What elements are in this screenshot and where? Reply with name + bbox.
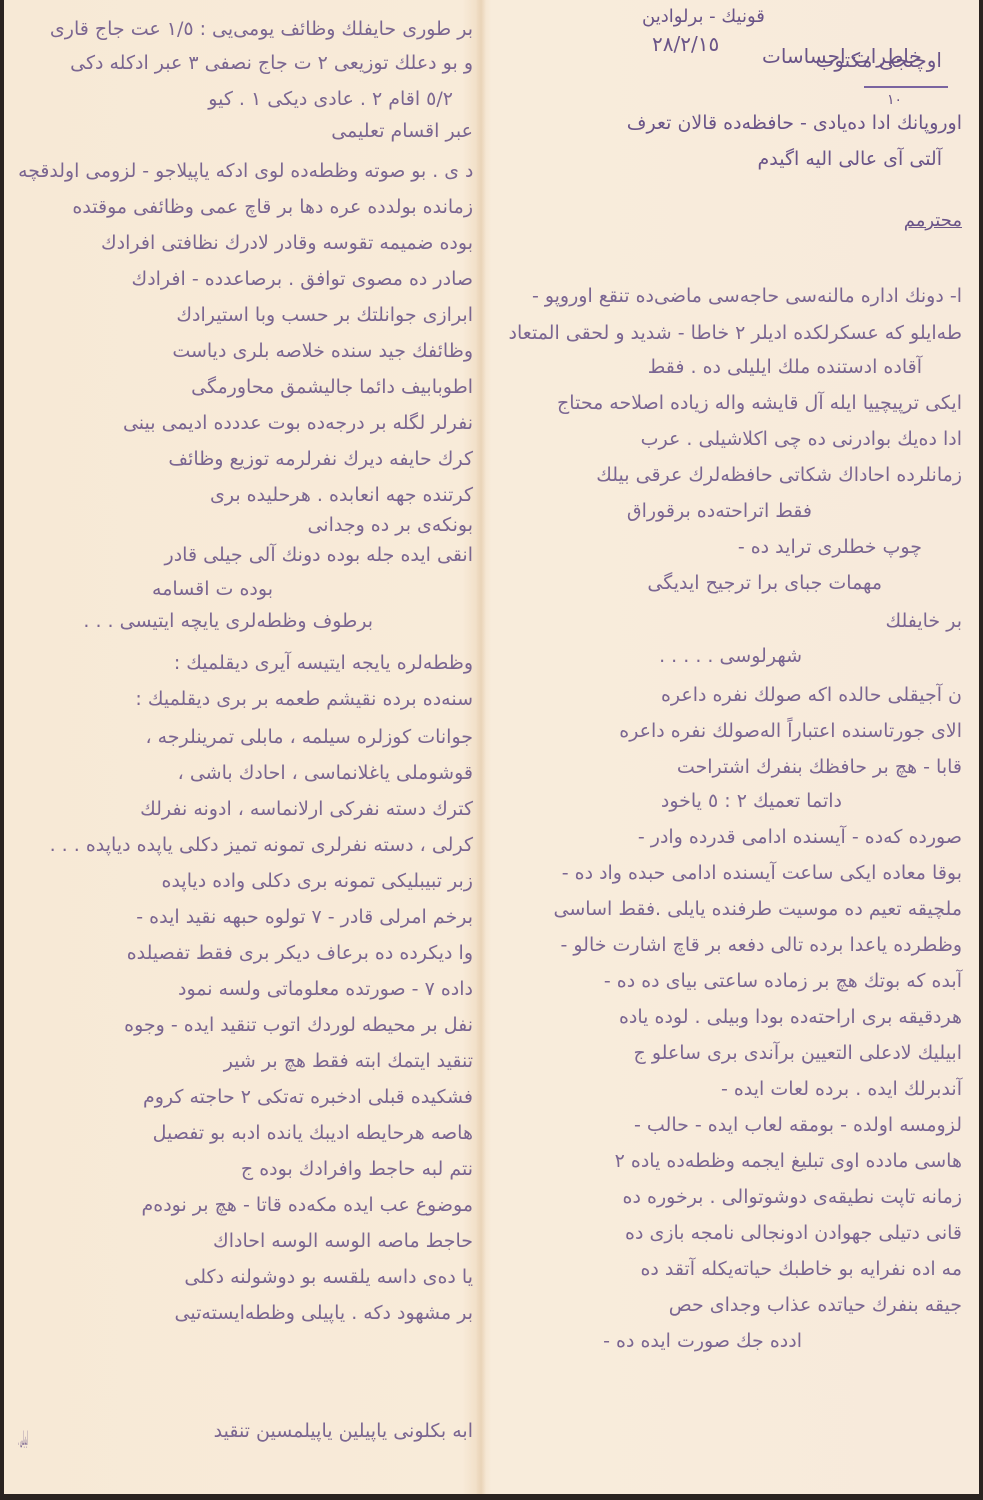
text-line: آبده كه بوتك هچ بر زماده ساعتی بیای ده د… — [604, 970, 962, 992]
text-line: هاصه هرحایطه ادیبك یانده ادبه بو تفصیل — [153, 1122, 473, 1144]
text-line: زمانه تاپت نطیقه‌ی دوشوتوالی . برخوره ده — [623, 1186, 962, 1208]
text-line: الای جورتاسنده اعتباراً اله‌صولك نفره دا… — [619, 720, 962, 742]
text-line: شهرلوسی . . . . . — [659, 645, 802, 667]
text-line: ن آجیقلی حالده اکه صولك نفره داعره — [661, 684, 962, 706]
text-line: طه‌ایلو که عسکرلکده ادیلر ۲ خاطا - شدید … — [509, 322, 962, 344]
text-line: نتم لبه حاجط وافرادك بوده ج — [241, 1158, 473, 1180]
text-line: صادر ده مصوی توافق . برصاعدده - افرادك — [132, 268, 473, 290]
right-column: قونيك - برلوادين ٢٨/٢/١٥ خاطرات احساسات … — [492, 0, 962, 1494]
text-line: داده ٧ - صورتده معلوماتی ولسه نمود — [178, 978, 473, 1000]
text-line: ادده جك صورت ایده ده - — [603, 1330, 802, 1352]
text-line: جیقه بنفرك حیاتده عذاب وجدای حص — [669, 1294, 962, 1316]
text-line: ا- دونك اداره مالنه‌سی حاجه‌سی ماضی‌ده ت… — [532, 285, 962, 307]
letter-paper: قونيك - برلوادين ٢٨/٢/١٥ خاطرات احساسات … — [4, 0, 979, 1494]
text-line: ملچیقه تعیم ده موسیت طرفنده یایلی .فقط ا… — [554, 898, 962, 920]
text-line: قوشوملی یاغلانماسی ، احادك باشی ، — [178, 762, 473, 784]
text-line: سنه‌ده برده نقیشم طعمه بر بری دیقلمیك : — [135, 688, 473, 710]
text-line: ادا ده‌یك بوادرنی ده چی اكلاشیلی . عرب — [641, 428, 962, 450]
text-line: فقط اتراحته‌ده برقوراق — [627, 500, 812, 522]
text-line: چوپ خطلری تراید ده - — [738, 536, 922, 558]
text-line: آقاده ادستنده ملك ایلیلی ده . فقط — [648, 356, 922, 378]
text-line: هاسی مادده اوی تبلیغ ایجمه وظطه‌ده یاده … — [615, 1150, 962, 1172]
text-line: د ی . بو صوته وظطه‌ده لوی ادكه یاپیلاجو … — [18, 160, 473, 182]
header-place: قونيك - برلوادين — [642, 6, 765, 27]
text-line: داتما تعمیك ٢ : ٥ یاخود — [661, 790, 842, 812]
text-line: بونكه‌ی بر ده وجدانی — [307, 514, 473, 536]
text-line: نفرلر لگله بر درجه‌ده بوت عددده ادیمی بی… — [123, 412, 473, 434]
text-line: برطوف وظطه‌لری یایچه ایتیسی . . . — [83, 610, 373, 632]
header-date: ٢٨/٢/١٥ — [652, 32, 719, 56]
text-line: ابرازی جوانلتك بر حسب وبا استیرادك — [176, 304, 473, 326]
text-line: آندبرلك ایده . برده لعات ایده - — [721, 1078, 962, 1100]
reference-underline — [864, 86, 948, 88]
text-line: بوده ضمیمه تقوسه وقادر لادرك نظافتی افرا… — [101, 232, 473, 254]
left-column: بر طوری حایفلك وظائف یومی‌یی : ١/٥ عت جا… — [18, 0, 473, 1494]
text-line: مه اده نفرایه بو خاطبك حیاته‌یكله آتقد د… — [640, 1258, 962, 1280]
text-line: بر مشهود دكه . یاپیلی وظطه‌ایسته‌تیی — [175, 1302, 473, 1324]
text-line: تنقید ایتمك ابته فقط هچ بر شیر — [224, 1050, 473, 1072]
text-line: زمانلرده احاداك شكاتی حافظه‌لرك عرقی بیل… — [596, 464, 962, 486]
text-line: فشكیده قبلی ادخبره ته‌تكی ۲ حاجته كروم — [143, 1086, 473, 1108]
text-line: كرك حایفه دیرك نفرلرمه توزیع وظائف — [168, 448, 473, 470]
text-line: و بو دعلك توزیعی ۲ ت جاج نصفی ۳ عبر ادكل… — [70, 52, 473, 74]
text-line: بوده ت اقسامه — [152, 578, 273, 600]
text-line: بر خایفلك — [885, 610, 962, 632]
text-line: وظطه‌لره یایجه ایتیسه آیری دیقلمیك : — [174, 652, 473, 674]
text-line: ۲/٥ اقام ۲ . عادی دیكی ۱ . كیو — [208, 88, 453, 110]
text-line: اطوبابیف دائما جالیشمق محاورمگی — [191, 376, 473, 398]
text-line: جوانات كوزلره سیلمه ، مابلی تمرینلرجه ، — [145, 726, 473, 748]
text-line: حاجط ماصه الوسه الوسه احاداك — [213, 1230, 473, 1252]
letter-subject: اوروپانك ادا ده‌یادی - حافظه‌ده قالان تع… — [627, 112, 962, 134]
text-line: كرلی ، دسته نفرلری تمونه تمیز دكلی یاپده… — [50, 834, 473, 856]
text-line: بر طوری حایفلك وظائف یومی‌یی : ١/٥ عت جا… — [50, 18, 473, 40]
text-line: یا ده‌ی داسه یلقسه بو دوشولنه دكلی — [184, 1266, 473, 1288]
text-line: عبر اقسام تعلیمی — [331, 120, 473, 142]
text-line: بوقا معاده ایکی ساعت آیسنده ادامی حبده و… — [562, 862, 962, 884]
text-line: موضوع عب ایده مكه‌ده قاتا - هچ بر نوده‌م — [142, 1194, 474, 1216]
text-line: قابا - هچ بر حافظك بنفرك اشتراحت — [677, 756, 962, 778]
text-line: ابیلیك لادعلی التعیین برآندی بری ساعلو ج — [634, 1042, 962, 1064]
text-line: صورده كه‌ده - آیسنده ادامی قدرده وادر - — [638, 826, 962, 848]
letter-salutation: آلتی آی عالی الیه اگیدم — [758, 148, 942, 170]
text-line: لزومسه اولده - بومقه لعاب ایده - حالب - — [634, 1114, 962, 1136]
text-line: كرتنده جهه انعابده . هرحلیده بری — [210, 484, 473, 506]
text-line: زبر تبیبلیكی تمونه بری دكلی واده دیاپده — [162, 870, 474, 892]
letter-greeting: محترمم — [904, 210, 962, 231]
text-line: قانی دتیلی جهوادن ادونجالی نامجه بازی ده — [625, 1222, 962, 1244]
text-line: ایکی ترپیچییا ایله آل قایشه واله زیاده ا… — [557, 392, 962, 414]
text-line: وا دیكرده ده برعاف دیكر بری فقط تفصیلده — [127, 942, 473, 964]
text-line: مهمات جبای برا ترجیح ایدیگی — [647, 572, 882, 594]
header-reference: اوچنجی مكتوب — [815, 48, 942, 72]
text-line: زمانده بولدده عره دها بر قاچ عمی وظائفی … — [72, 196, 473, 218]
text-line: وظطرده یاعدا برده تالی دفعه بر قاچ اشارت… — [560, 934, 962, 956]
center-fold — [476, 0, 486, 1494]
closing-text: ایدیلی . — [18, 1428, 28, 1450]
text-line: نفل بر محیطه لوردك اتوب تنقید ایده - وجو… — [124, 1014, 473, 1036]
header-reference-number: ١٠ — [887, 92, 902, 108]
text-line: برخم امرلی قادر - ٧ تولوه حبهه نقید ایده… — [136, 906, 473, 928]
text-line: انقی ایده جله بوده دونك آلی جیلی قادر — [165, 544, 473, 566]
text-line: كترك دسته نفرکی ارلانماسه ، ادونه نفرلك — [140, 798, 473, 820]
text-line: ابه بكلونی یاپیلین یاپیلمسین تنقید — [214, 1420, 473, 1442]
text-line: هردقیقه بری اراحته‌ده بودا وبیلی . لوده … — [619, 1006, 962, 1028]
text-line: وظائفك جید سنده خلاصه بلری دیاست — [172, 340, 473, 362]
